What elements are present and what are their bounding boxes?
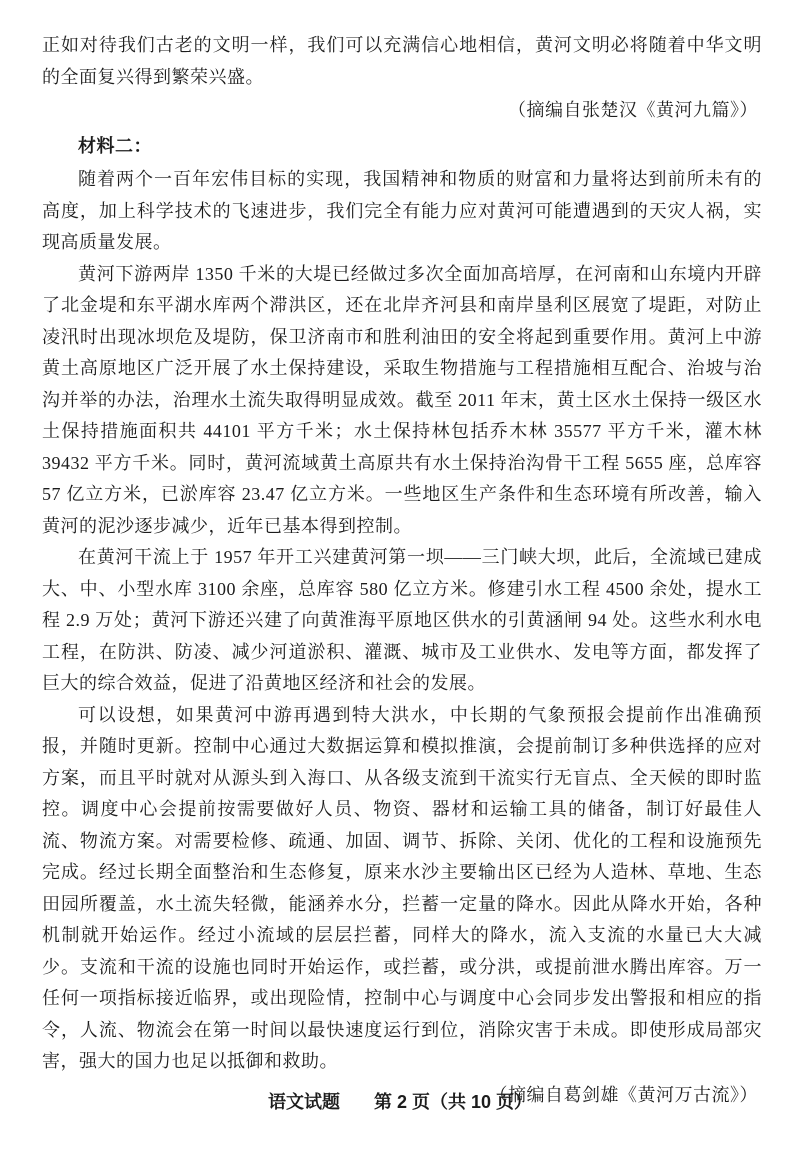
exam-page: 正如对待我们古老的文明一样，我们可以充满信心地相信，黄河文明必将随着中华文明的全… xyxy=(42,30,762,1115)
page-footer: 语文试题第 2 页（共 10 页） xyxy=(0,1088,800,1114)
footer-page-number: 第 2 页（共 10 页） xyxy=(374,1092,532,1112)
footer-doc-title: 语文试题 xyxy=(268,1092,340,1112)
material2-heading: 材料二： xyxy=(42,131,762,163)
material2-paragraph-1: 随着两个一百年宏伟目标的实现，我国精神和物质的财富和力量将达到前所未有的高度，加… xyxy=(42,164,762,259)
material2-paragraph-2: 黄河下游两岸 1350 千米的大堤已经做过多次全面加高培厚，在河南和山东境内开辟… xyxy=(42,259,762,543)
material2-paragraph-4: 可以设想，如果黄河中游再遇到特大洪水，中长期的气象预报会提前作出准确预报，并随时… xyxy=(42,700,762,1078)
material1-source-attribution: （摘编自张楚汉《黄河九篇》） xyxy=(42,95,762,127)
material2-paragraph-3: 在黄河干流上于 1957 年开工兴建黄河第一坝——三门峡大坝，此后，全流域已建成… xyxy=(42,542,762,700)
material1-continuation-paragraph: 正如对待我们古老的文明一样，我们可以充满信心地相信，黄河文明必将随着中华文明的全… xyxy=(42,30,762,93)
